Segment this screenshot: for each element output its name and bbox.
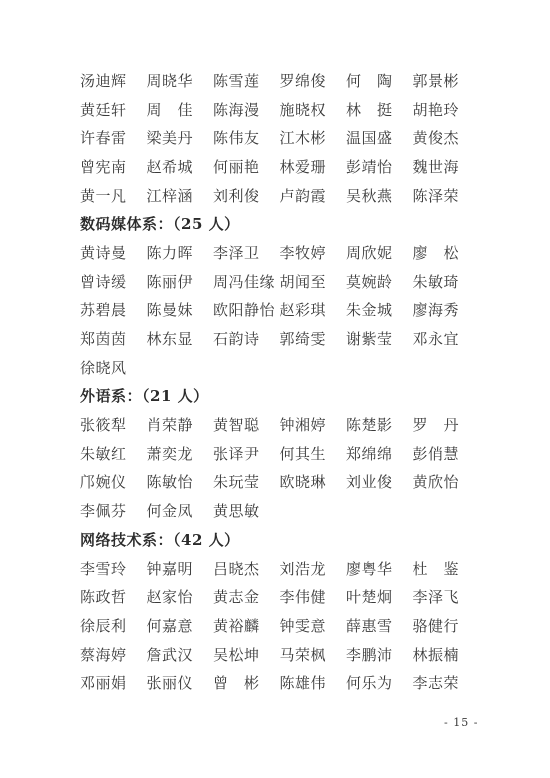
person-name: 詹武汉	[147, 644, 214, 665]
person-name: 李伟健	[280, 586, 347, 607]
name-row: 曾诗缓陈丽伊周冯佳缘胡闻至莫婉龄朱敏琦	[80, 267, 480, 296]
person-name: 陈雪莲	[213, 70, 280, 91]
person-name: 徐辰利	[80, 615, 147, 636]
person-name: 赵家怡	[147, 586, 214, 607]
person-name: 林爱珊	[280, 156, 347, 177]
person-name: 郑茵茵	[80, 328, 147, 349]
person-name: 石韵诗	[213, 328, 280, 349]
person-name: 罗 丹	[413, 414, 480, 435]
person-name: 陈曼妹	[147, 299, 214, 320]
person-name: 叶楚炯	[346, 586, 413, 607]
person-name: 黄诗曼	[80, 242, 147, 263]
person-name: 廖 松	[413, 242, 480, 263]
name-row: 李佩芬何金凤黄思敏	[80, 496, 480, 525]
person-name: 陈丽伊	[147, 271, 214, 292]
person-name: 赵彩琪	[280, 299, 347, 320]
person-name: 李牧婷	[280, 242, 347, 263]
person-name: 肖荣静	[147, 414, 214, 435]
name-row: 徐晓风	[80, 353, 480, 382]
person-name: 邓丽娟	[80, 672, 147, 693]
person-name: 黄一凡	[80, 185, 147, 206]
person-name: 温国盛	[346, 127, 413, 148]
person-name: 苏碧晨	[80, 299, 147, 320]
person-name: 罗绵俊	[280, 70, 347, 91]
person-name: 陈政哲	[80, 586, 147, 607]
person-name: 黄智聪	[213, 414, 280, 435]
person-name: 黄欣怡	[413, 471, 480, 492]
person-name: 周欣妮	[346, 242, 413, 263]
person-name: 邓永宜	[413, 328, 480, 349]
person-name: 陈雄伟	[280, 672, 347, 693]
person-name: 何其生	[280, 443, 347, 464]
name-row: 黄廷轩周 佳陈海漫施晓权林 挺胡艳玲	[80, 95, 480, 124]
person-name: 林 挺	[346, 99, 413, 120]
person-name: 许春雷	[80, 127, 147, 148]
person-name: 刘利俊	[213, 185, 280, 206]
person-name: 郭绮雯	[280, 328, 347, 349]
person-name: 徐晓风	[80, 357, 147, 378]
name-row: 曾宪南赵希城何丽艳林爱珊彭靖怡魏世海	[80, 152, 480, 181]
section-heading: 数码媒体系：（25 人）	[80, 209, 480, 238]
person-name: 周 佳	[147, 99, 214, 120]
person-name: 杜 鉴	[413, 558, 480, 579]
person-name: 李鹏沛	[346, 644, 413, 665]
person-name: 刘浩龙	[280, 558, 347, 579]
person-name: 萧奕龙	[147, 443, 214, 464]
person-name: 张译尹	[213, 443, 280, 464]
person-name: 何嘉意	[147, 615, 214, 636]
person-name: 黄思敏	[213, 500, 280, 521]
person-name: 钟湘婷	[280, 414, 347, 435]
person-name: 钟嘉明	[147, 558, 214, 579]
person-name: 马荣枫	[280, 644, 347, 665]
section-heading: 网络技术系：（42 人）	[80, 525, 480, 554]
person-name: 刘业俊	[346, 471, 413, 492]
person-name: 朱敏红	[80, 443, 147, 464]
name-row: 朱敏红萧奕龙张译尹何其生郑绵绵彭俏慧	[80, 439, 480, 468]
person-name: 张筱犁	[80, 414, 147, 435]
person-name: 陈敏怡	[147, 471, 214, 492]
person-name: 黄裕麟	[213, 615, 280, 636]
person-name: 薛惠雪	[346, 615, 413, 636]
person-name: 邝婉仪	[80, 471, 147, 492]
name-row: 蔡海婷詹武汉吴松坤马荣枫李鹏沛林振楠	[80, 640, 480, 669]
person-name: 周晓华	[147, 70, 214, 91]
person-name: 陈楚影	[346, 414, 413, 435]
person-name: 朱金城	[346, 299, 413, 320]
person-name: 何丽艳	[213, 156, 280, 177]
person-name: 赵希城	[147, 156, 214, 177]
person-name: 李泽卫	[213, 242, 280, 263]
person-name: 黄廷轩	[80, 99, 147, 120]
person-name: 陈泽荣	[413, 185, 480, 206]
person-name: 张丽仪	[147, 672, 214, 693]
name-row: 黄诗曼陈力晖李泽卫李牧婷周欣妮廖 松	[80, 238, 480, 267]
name-row: 许春雷梁美丹陈伟友江木彬温国盛黄俊杰	[80, 123, 480, 152]
person-name: 吴松坤	[213, 644, 280, 665]
person-name: 朱玩莹	[213, 471, 280, 492]
person-name: 谢紫莹	[346, 328, 413, 349]
name-row: 邝婉仪陈敏怡朱玩莹欧晓琳刘业俊黄欣怡	[80, 468, 480, 497]
document-page: 汤迪辉周晓华陈雪莲罗绵俊何 陶郭景彬黄廷轩周 佳陈海漫施晓权林 挺胡艳玲许春雷梁…	[0, 0, 550, 778]
person-name: 欧阳静怡	[213, 299, 280, 320]
person-name: 李志荣	[413, 672, 480, 693]
person-name: 胡闻至	[280, 271, 347, 292]
name-row: 郑茵茵林东显石韵诗郭绮雯谢紫莹邓永宜	[80, 324, 480, 353]
person-name: 吕晓杰	[213, 558, 280, 579]
person-name: 梁美丹	[147, 127, 214, 148]
section-heading: 外语系：（21 人）	[80, 382, 480, 411]
name-row: 黄一凡江梓涵刘利俊卢韵霞吴秋燕陈泽荣	[80, 181, 480, 210]
person-name: 何乐为	[346, 672, 413, 693]
person-name: 汤迪辉	[80, 70, 147, 91]
person-name: 江木彬	[280, 127, 347, 148]
name-row: 邓丽娟张丽仪曾 彬陈雄伟何乐为李志荣	[80, 668, 480, 697]
name-row: 苏碧晨陈曼妹欧阳静怡赵彩琪朱金城廖海秀	[80, 296, 480, 325]
person-name: 吴秋燕	[346, 185, 413, 206]
name-list: 汤迪辉周晓华陈雪莲罗绵俊何 陶郭景彬黄廷轩周 佳陈海漫施晓权林 挺胡艳玲许春雷梁…	[80, 66, 480, 697]
person-name: 魏世海	[413, 156, 480, 177]
person-name: 林振楠	[413, 644, 480, 665]
person-name: 江梓涵	[147, 185, 214, 206]
person-name: 彭靖怡	[346, 156, 413, 177]
person-name: 曾诗缓	[80, 271, 147, 292]
person-name: 郑绵绵	[346, 443, 413, 464]
person-name: 黄俊杰	[413, 127, 480, 148]
person-name: 李佩芬	[80, 500, 147, 521]
name-row: 徐辰利何嘉意黄裕麟钟雯意薛惠雪骆健行	[80, 611, 480, 640]
person-name: 蔡海婷	[80, 644, 147, 665]
person-name: 何金凤	[147, 500, 214, 521]
person-name: 钟雯意	[280, 615, 347, 636]
person-name: 廖海秀	[413, 299, 480, 320]
person-name: 黄志金	[213, 586, 280, 607]
person-name: 曾宪南	[80, 156, 147, 177]
person-name: 陈力晖	[147, 242, 214, 263]
person-name: 欧晓琳	[280, 471, 347, 492]
person-name: 陈伟友	[213, 127, 280, 148]
person-name: 廖粤华	[346, 558, 413, 579]
person-name: 何 陶	[346, 70, 413, 91]
person-name: 彭俏慧	[413, 443, 480, 464]
person-name: 李泽飞	[413, 586, 480, 607]
person-name: 郭景彬	[413, 70, 480, 91]
person-name: 林东显	[147, 328, 214, 349]
name-row: 张筱犁肖荣静黄智聪钟湘婷陈楚影罗 丹	[80, 410, 480, 439]
person-name: 施晓权	[280, 99, 347, 120]
page-number: - 15 -	[444, 716, 478, 729]
name-row: 李雪玲钟嘉明吕晓杰刘浩龙廖粤华杜 鉴	[80, 554, 480, 583]
person-name: 莫婉龄	[346, 271, 413, 292]
person-name: 周冯佳缘	[213, 271, 280, 292]
person-name: 骆健行	[413, 615, 480, 636]
person-name: 卢韵霞	[280, 185, 347, 206]
name-row: 陈政哲赵家怡黄志金李伟健叶楚炯李泽飞	[80, 582, 480, 611]
person-name: 朱敏琦	[413, 271, 480, 292]
person-name: 胡艳玲	[413, 99, 480, 120]
name-row: 汤迪辉周晓华陈雪莲罗绵俊何 陶郭景彬	[80, 66, 480, 95]
person-name: 陈海漫	[213, 99, 280, 120]
person-name: 李雪玲	[80, 558, 147, 579]
person-name: 曾 彬	[213, 672, 280, 693]
